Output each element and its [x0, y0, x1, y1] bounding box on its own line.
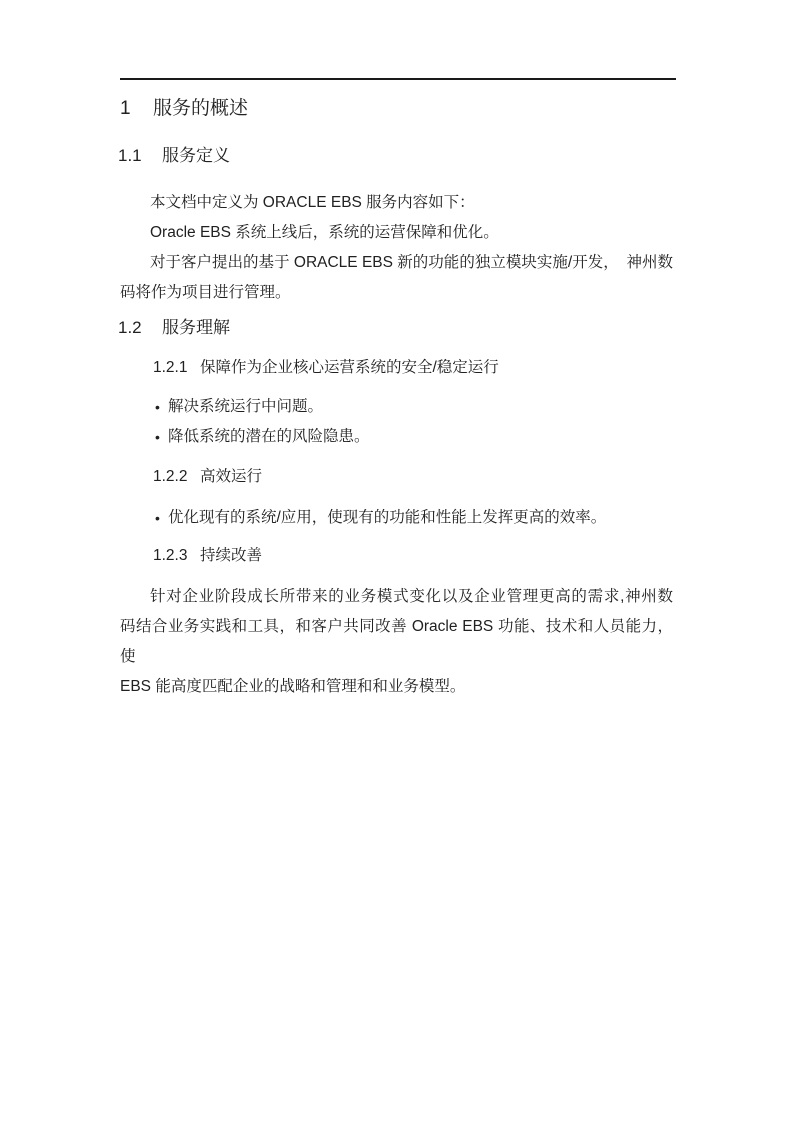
bullet-item: • 优化现有的系统/应用，使现有的功能和性能上发挥更高的效率。 [120, 503, 673, 533]
heading-1-2-1-number: 1.2.1 [153, 357, 200, 379]
text-line: Oracle EBS 系统上线后，系统的运营保障和优化。 [120, 218, 673, 248]
header-rule [120, 78, 676, 80]
bullet-text: 优化现有的系统/应用，使现有的功能和性能上发挥更高的效率。 [168, 503, 673, 533]
heading-1-2-3-text: 持续改善 [200, 545, 262, 567]
text-line: EBS 能高度匹配企业的战略和管理和和业务模型。 [120, 672, 673, 702]
heading-1-2-2: 1.2.2 高效运行 [153, 466, 262, 488]
heading-1-2: 1.2 服务理解 [118, 316, 230, 340]
heading-1-2-1: 1.2.1 保障作为企业核心运营系统的安全/稳定运行 [153, 357, 499, 379]
bullet-item: • 降低系统的潜在的风险隐患。 [120, 422, 673, 452]
text-line: 码将作为项目进行管理。 [120, 278, 673, 308]
bullet-text: 解决系统运行中问题。 [168, 392, 673, 422]
bullet-marker: • [155, 422, 168, 452]
paragraph-continuous-improvement: 针对企业阶段成长所带来的业务模式变化以及企业管理更高的需求,神州数 码结合业务实… [120, 582, 673, 702]
heading-1-1: 1.1 服务定义 [118, 144, 230, 168]
text-line: 针对企业阶段成长所带来的业务模式变化以及企业管理更高的需求,神州数 [120, 582, 673, 612]
bullet-text: 降低系统的潜在的风险隐患。 [168, 422, 673, 452]
heading-1-2-2-number: 1.2.2 [153, 466, 200, 488]
text-line: 对于客户提出的基于 ORACLE EBS 新的功能的独立模块实施/开发， 神州数 [120, 248, 673, 278]
bullet-list-efficiency: • 优化现有的系统/应用，使现有的功能和性能上发挥更高的效率。 [120, 503, 673, 533]
bullet-marker: • [155, 503, 168, 533]
bullet-item: • 解决系统运行中问题。 [120, 392, 673, 422]
heading-1-1-number: 1.1 [118, 144, 162, 168]
text-line: 码结合业务实践和工具，和客户共同改善 Oracle EBS 功能、技术和人员能力… [120, 612, 673, 672]
heading-1-2-text: 服务理解 [162, 316, 230, 340]
heading-1-text: 服务的概述 [153, 96, 248, 122]
heading-1-2-1-text: 保障作为企业核心运营系统的安全/稳定运行 [200, 357, 499, 379]
heading-1-number: 1 [120, 96, 153, 122]
document-page: 1 服务的概述 1.1 服务定义 本文档中定义为 ORACLE EBS 服务内容… [0, 0, 793, 1122]
heading-1-1-text: 服务定义 [162, 144, 230, 168]
paragraph-service-definition: 本文档中定义为 ORACLE EBS 服务内容如下： Oracle EBS 系统… [120, 188, 673, 308]
heading-1-2-number: 1.2 [118, 316, 162, 340]
bullet-marker: • [155, 392, 168, 422]
heading-1-2-3: 1.2.3 持续改善 [153, 545, 262, 567]
heading-1-2-3-number: 1.2.3 [153, 545, 200, 567]
heading-1-2-2-text: 高效运行 [200, 466, 262, 488]
heading-1: 1 服务的概述 [120, 96, 248, 122]
text-line: 本文档中定义为 ORACLE EBS 服务内容如下： [120, 188, 673, 218]
bullet-list-stability: • 解决系统运行中问题。 • 降低系统的潜在的风险隐患。 [120, 392, 673, 452]
